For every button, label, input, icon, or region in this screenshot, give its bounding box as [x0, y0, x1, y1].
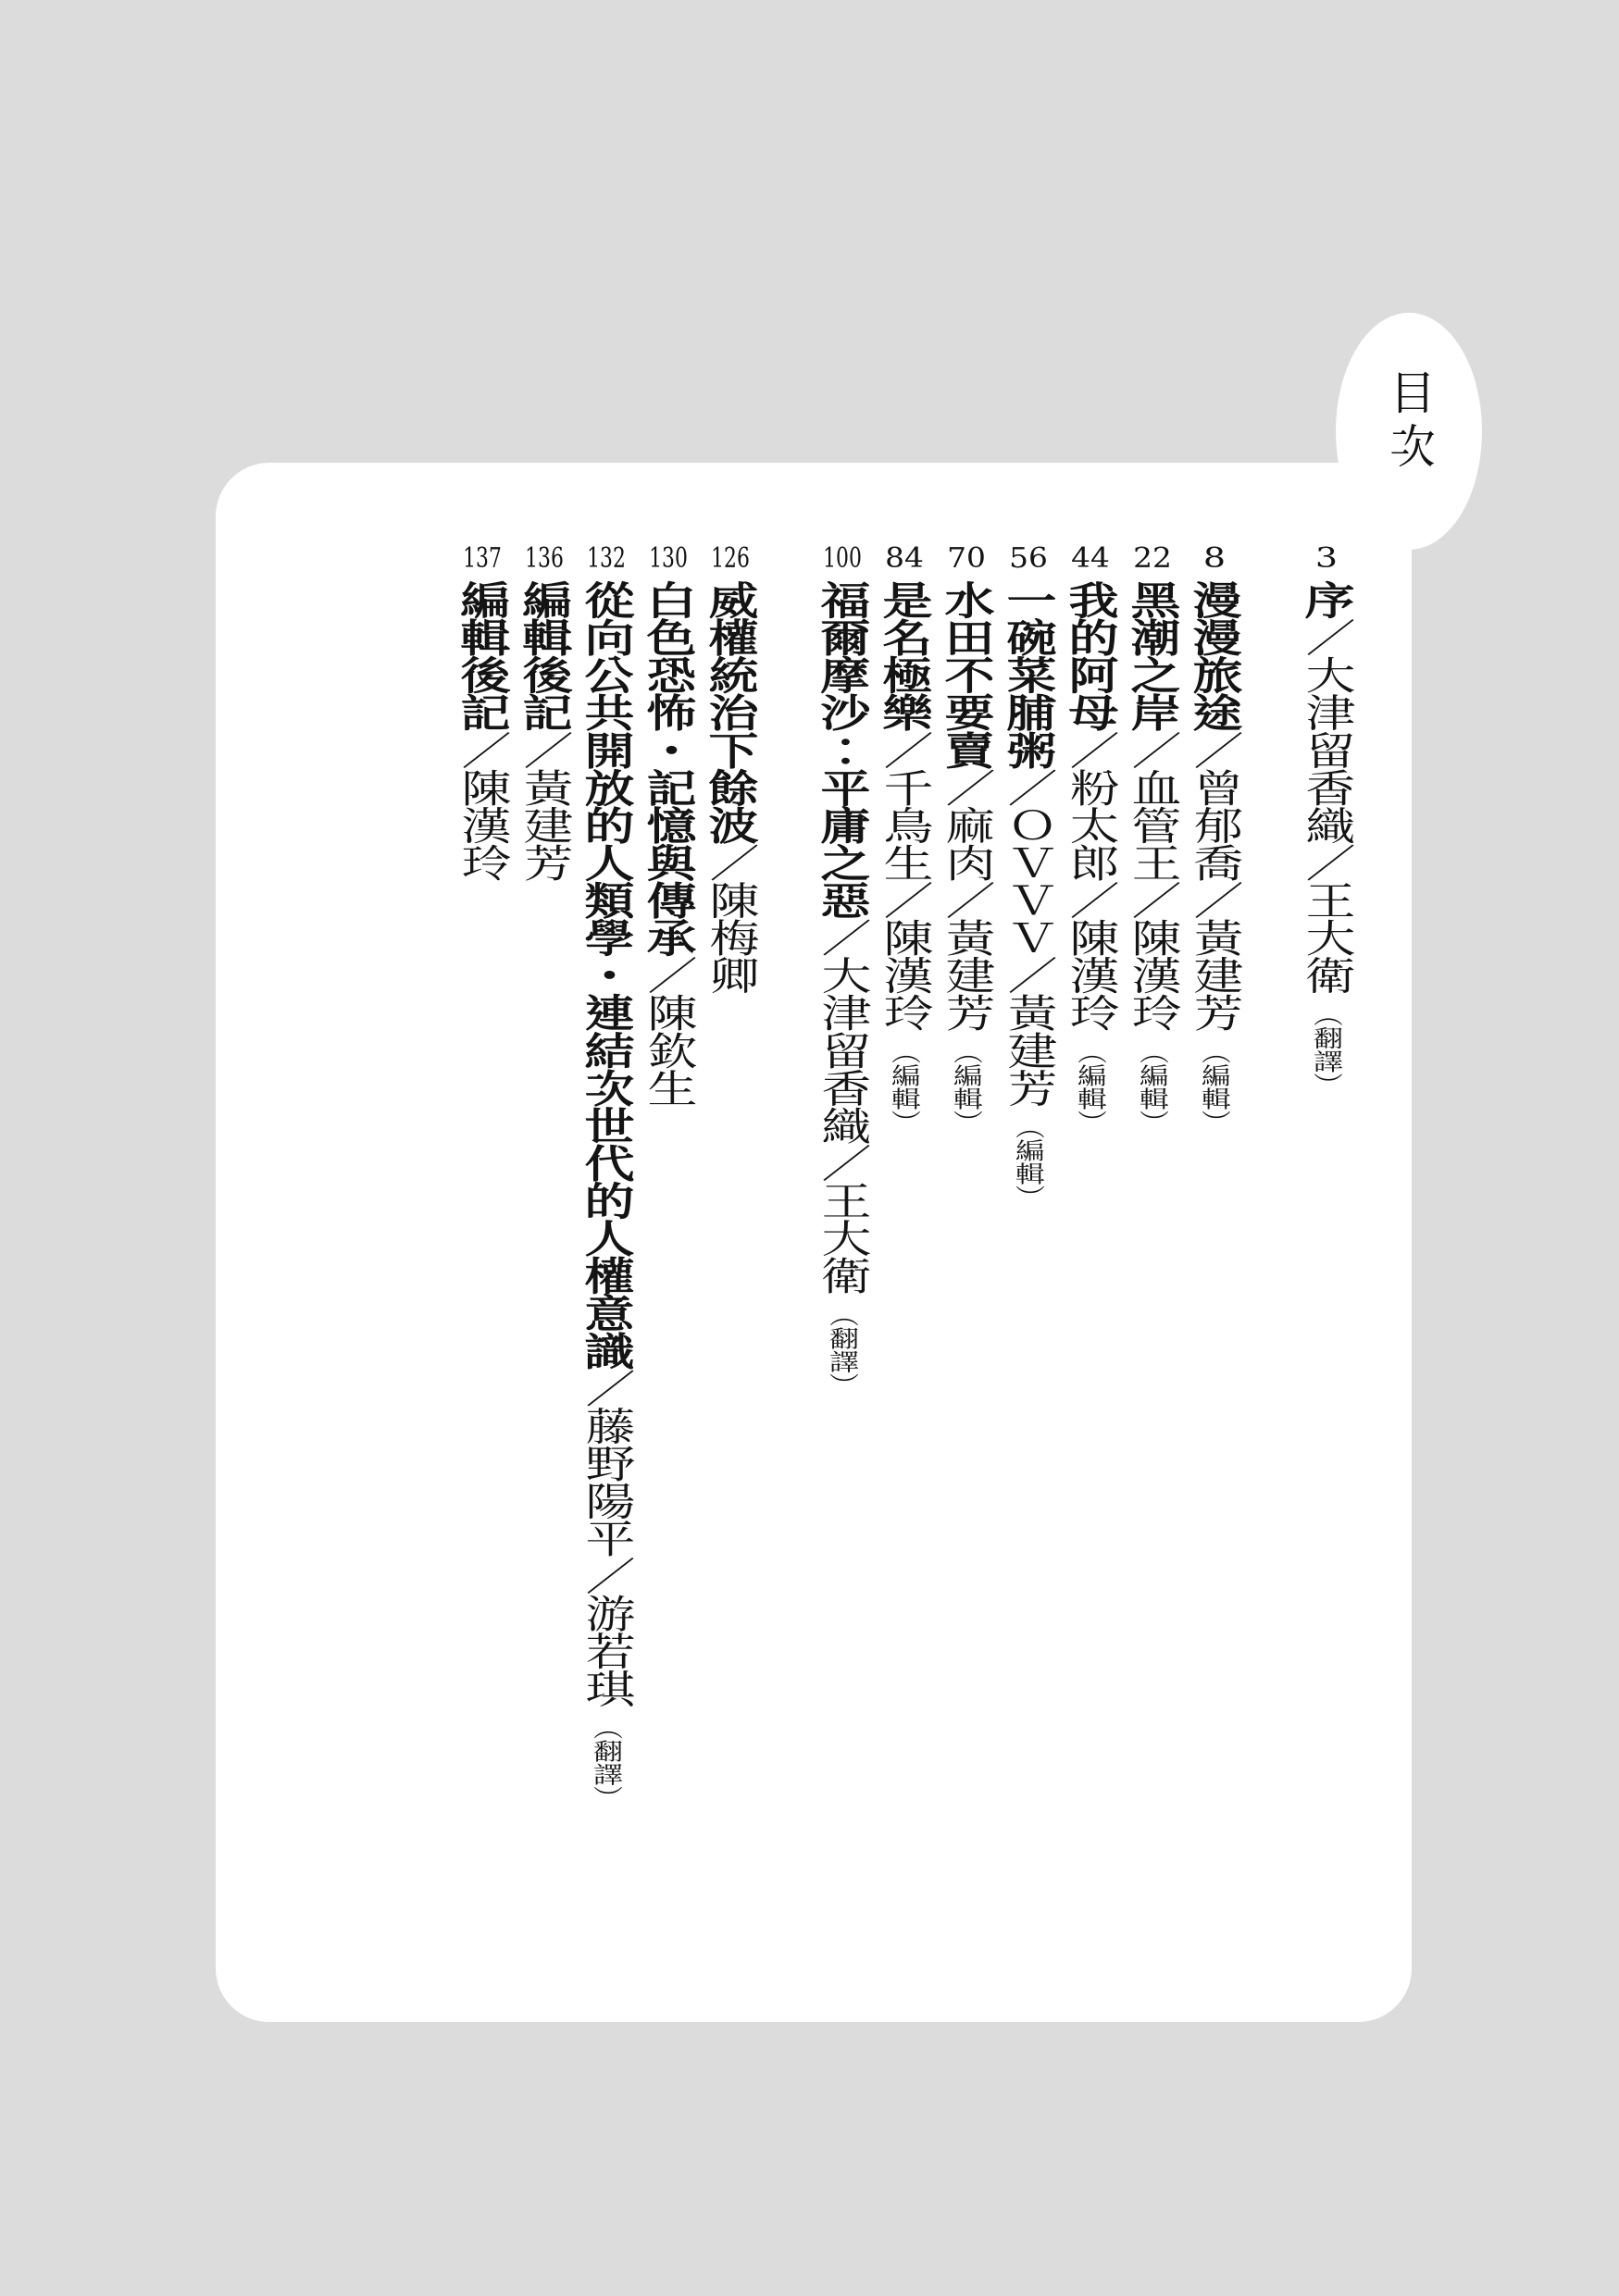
entry-page-number: 137 [462, 544, 503, 572]
title-oval: 目次 [1336, 313, 1482, 550]
entry-title: 編輯後記 [453, 580, 512, 730]
toc-page: 目次 3序／大津留香織／王大衛（翻譯）8漫漫旅途／曾郁喬／黃建芳（編輯）22黑潮… [0, 0, 1619, 2296]
entry-credits: ／陳梅卿 [702, 843, 760, 993]
toc-entry: 100福爾摩沙：平庸之惡／大津留香織／王大衛（翻譯） [817, 544, 867, 2045]
page-title: 目次 [1386, 368, 1432, 550]
entry-page-number: 132 [586, 544, 627, 572]
entry-title: 是名極樂 [875, 580, 934, 730]
entry-note: （編輯） [1011, 1116, 1046, 1209]
entry-title: 福爾摩沙：平庸之惡 [813, 580, 872, 918]
entry-page-number: 70 [946, 544, 987, 572]
entry-credits: ／藤野陽平／游若琪 [578, 1369, 636, 1706]
entry-title: 從向公共開放的人類學・連結次世代的人權意識 [577, 580, 636, 1369]
toc-entry: 44我的阿母／粉太郎／陳漢玲（編輯） [1065, 544, 1115, 2045]
entry-note: （編輯） [887, 1041, 922, 1134]
entry-page-number: 3 [1306, 544, 1347, 572]
entry-note: （編輯） [1073, 1041, 1108, 1134]
entry-title: 序 [1297, 580, 1356, 618]
entry-title: 編輯後記 [515, 580, 574, 730]
entry-title: 威權統治下餘波 [701, 580, 760, 843]
toc-entry: 22黑潮之岸／血管王／陳漢玲（編輯） [1127, 544, 1177, 2045]
entry-page-number: 44 [1070, 544, 1111, 572]
entry-credits: ／黃建芳 [516, 730, 574, 880]
entry-note: （翻譯） [589, 1717, 624, 1809]
entry-credits: ／麻肉／黃建芳 [938, 768, 996, 1031]
toc-entry: 126威權統治下餘波／陳梅卿 [705, 544, 755, 2045]
toc-entry: 70水田不要賣／麻肉／黃建芳（編輯） [941, 544, 991, 2045]
entry-note: （翻譯） [1309, 1003, 1344, 1096]
entry-note: （編輯） [949, 1041, 984, 1134]
entry-title: 水田不要賣 [937, 580, 996, 768]
entry-title: 一碗菜脯粥 [999, 580, 1058, 768]
entry-page-number: 84 [884, 544, 925, 572]
toc-group: 3序／大津留香織／王大衛（翻譯） [1301, 544, 1351, 2045]
entry-page-number: 56 [1008, 544, 1049, 572]
entry-title: 我的阿母 [1061, 580, 1120, 730]
entry-page-number: 126 [710, 544, 751, 572]
entry-title: 白色恐怖・記憶與傳承 [639, 580, 698, 956]
entry-title: 黑潮之岸 [1123, 580, 1182, 730]
entry-page-number: 22 [1132, 544, 1173, 572]
toc-group: 8漫漫旅途／曾郁喬／黃建芳（編輯）22黑潮之岸／血管王／陳漢玲（編輯）44我的阿… [817, 544, 1239, 2045]
entry-note: （編輯） [1197, 1041, 1232, 1134]
entry-credits: ／陳欽生 [640, 956, 698, 1106]
toc-entry: 136編輯後記／黃建芳 [519, 544, 569, 2045]
entry-credits: ／ＯＶＶＶ／黃建芳 [1000, 768, 1058, 1106]
toc-entry: 132從向公共開放的人類學・連結次世代的人權意識／藤野陽平／游若琪（翻譯） [581, 544, 631, 2045]
entry-page-number: 136 [524, 544, 565, 572]
entry-note: （編輯） [1135, 1041, 1170, 1134]
toc-group: 126威權統治下餘波／陳梅卿130白色恐怖・記憶與傳承／陳欽生132從向公共開放… [457, 544, 755, 2045]
entry-credits: ／大津留香織／王大衛 [1298, 618, 1356, 994]
entry-title: 漫漫旅途 [1185, 580, 1244, 730]
toc-entry: 56一碗菜脯粥／ＯＶＶＶ／黃建芳（編輯） [1003, 544, 1053, 2045]
entry-credits: ／曾郁喬／黃建芳 [1186, 730, 1244, 1030]
toc-entry: 3序／大津留香織／王大衛（翻譯） [1301, 544, 1351, 2045]
toc-entry: 130白色恐怖・記憶與傳承／陳欽生 [643, 544, 693, 2045]
entry-page-number: 100 [822, 544, 863, 572]
entry-credits: ／血管王／陳漢玲 [1124, 730, 1182, 1030]
entry-note: （翻譯） [825, 1304, 860, 1396]
toc-entry: 8漫漫旅途／曾郁喬／黃建芳（編輯） [1189, 544, 1239, 2045]
entry-page-number: 8 [1194, 544, 1235, 572]
entry-page-number: 130 [648, 544, 689, 572]
entry-credits: ／粉太郎／陳漢玲 [1062, 730, 1120, 1030]
toc-entry: 137編輯後記／陳漢玲 [457, 544, 507, 2045]
entry-credits: ／千鳥生／陳漢玲 [876, 730, 934, 1030]
entry-credits: ／陳漢玲 [454, 730, 512, 880]
table-of-contents: 3序／大津留香織／王大衛（翻譯）8漫漫旅途／曾郁喬／黃建芳（編輯）22黑潮之岸／… [457, 544, 1351, 2045]
toc-entry: 84是名極樂／千鳥生／陳漢玲（編輯） [879, 544, 929, 2045]
entry-credits: ／大津留香織／王大衛 [814, 918, 872, 1294]
